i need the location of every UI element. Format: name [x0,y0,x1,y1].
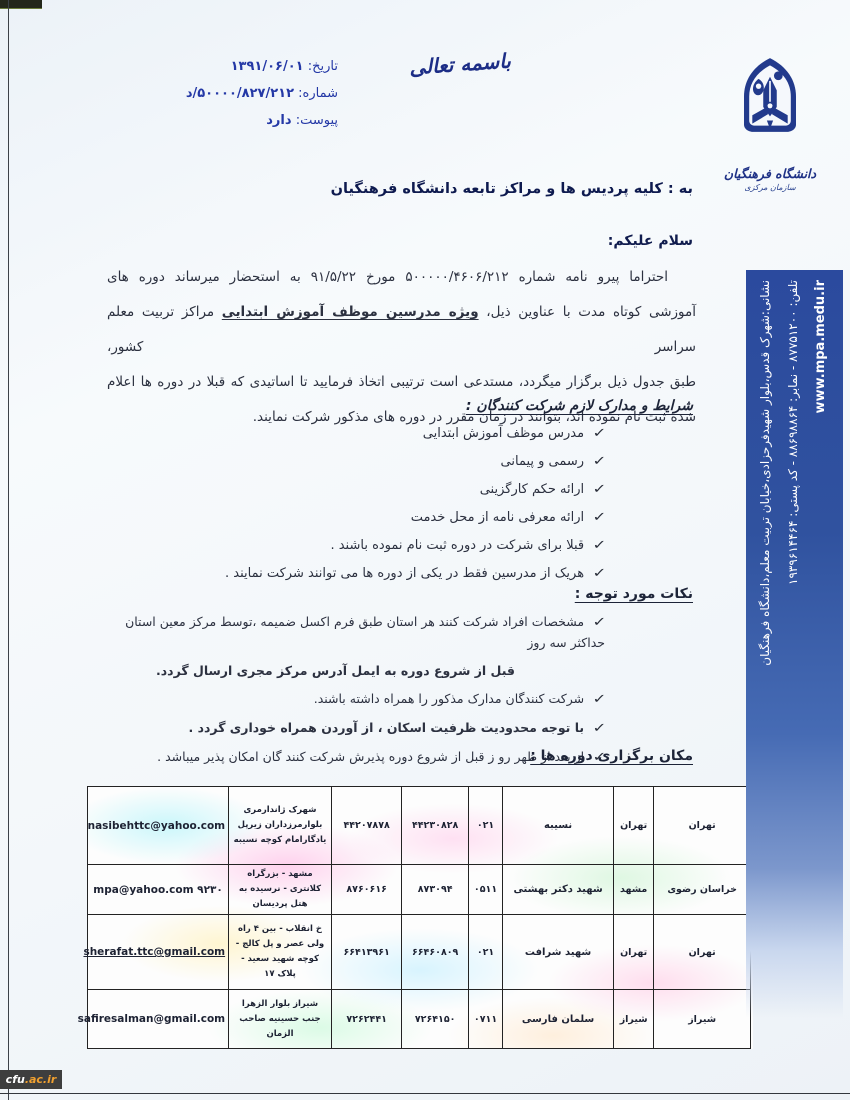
center-cell: شهید دکتر بهشتی [503,865,614,915]
attachment-line: پیوست: دارد [140,107,338,134]
number-value: ۵۰۰۰۰/۸۲۷/۲۱۲/د [186,86,294,101]
check-icon: ✓ [592,508,606,527]
body-line-2: آموزشی کوتاه مدت با عناوین ذیل، ویژه مدر… [107,295,696,365]
note-item-continuation: قبل از شروع دوره به ایمل آدرس مرکز مجری … [120,661,693,681]
fax-cell: ۶۶۴۱۳۹۶۱ [331,915,402,990]
check-icon: ✓ [592,480,606,499]
scanned-letter-page: تاریخ: ۱۳۹۱/۰۶/۰۱ شماره: ۵۰۰۰۰/۸۲۷/۲۱۲/د… [0,0,850,1100]
requirements-title: شرایط و مدارک لازم شرکت کنندگان : [150,398,693,414]
center-cell: نسیبه [503,787,614,865]
phone-cell: ۷۲۶۴۱۵۰ [402,990,469,1049]
requirement-item: ✓ارائه معرفی نامه از محل خدمت [120,508,693,527]
note-item: ✓مشخصات افراد شرکت کنند هر استان طبق فرم… [120,612,693,653]
date-line: تاریخ: ۱۳۹۱/۰۶/۰۱ [140,53,338,80]
phone-cell: ۸۷۳۰۹۴ [402,865,469,915]
recipient-line: به : کلیه پردیس ها و مراکز تابعه دانشگاه… [150,181,693,197]
check-icon: ✓ [592,564,606,583]
university-logo-block: دانشگاه فرهنگیان سازمان مرکزی [722,56,818,192]
requirement-item: ✓قبلا برای شرکت در دوره ثبت نام نموده با… [120,536,693,555]
fax-cell: ۷۲۶۲۴۴۱ [331,990,402,1049]
check-icon: ✓ [592,536,606,555]
date-value: ۱۳۹۱/۰۶/۰۱ [231,59,304,74]
note-text: با توجه محدودیت ظرفیت اسکان ، از آوردن ه… [188,720,584,735]
area-code-cell: ۰۷۱۱ [468,990,502,1049]
requirement-text: قبلا برای شرکت در دوره ثبت نام نموده باش… [330,538,584,553]
university-name: دانشگاه فرهنگیان [722,166,818,181]
left-margin-rule [8,0,9,1100]
check-icon: ✓ [592,452,606,471]
email-cell: mpa@yahoo.com ۹۲۳۰ [88,865,229,915]
phone-cell: ۴۴۲۳۰۸۲۸ [402,787,469,865]
university-emblem-icon [738,56,802,160]
area-code-cell: ۰۲۱ [468,915,502,990]
city-cell: مشهد [613,865,653,915]
requirement-item: ✓مدرس موظف آموزش ابتدایی [120,424,693,443]
fax-cell: ۴۴۲۰۷۸۷۸ [331,787,402,865]
besmele-calligraphy: باسمه تعالی [377,46,542,81]
address-sidebar-text: نشانی:شهرک قدس،بلوار شهیدفرحزادی،خیابان … [746,270,843,1010]
email-cell: nasibehttc@yahoo.com [88,787,229,865]
center-cell: سلمان فارسی [503,990,614,1049]
attachment-label: پیوست: [296,113,338,128]
sidebar-address-line: نشانی:شهرک قدس،بلوار شهیدفرحزادی،خیابان … [751,270,779,1010]
sidebar-website: www.mpa.medu.ir [807,270,835,1010]
body-line-3: طبق جدول ذیل برگزار میگردد، مستدعی است ت… [107,365,696,400]
province-cell: تهران [654,915,751,990]
venues-title: مکان برگزاری دوره ها : [150,748,693,764]
number-line: شماره: ۵۰۰۰۰/۸۲۷/۲۱۲/د [140,80,338,107]
center-cell: شهید شرافت [503,915,614,990]
check-icon: ✓ [592,719,606,739]
note-text: مشخصات افراد شرکت کنند هر استان طبق فرم … [125,614,605,650]
greeting-line: سلام علیکم: [150,233,693,249]
fax-cell: ۸۷۶۰۶۱۶ [331,865,402,915]
city-cell: تهران [613,787,653,865]
check-icon: ✓ [592,690,606,710]
letter-meta-block: تاریخ: ۱۳۹۱/۰۶/۰۱ شماره: ۵۰۰۰۰/۸۲۷/۲۱۲/د… [140,53,338,134]
sidebar-phone-line: تلفن: ۸۷۷۵۱۲۰۰ - نمابر: ۸۸۶۹۸۸۶۴ - کد پس… [779,270,807,1010]
address-cell: شهرک ژاندارمری بلوارمرزداران زیرپل یادگا… [229,787,332,865]
requirements-list: ✓مدرس موظف آموزش ابتدایی ✓رسمی و پیمانی … [120,424,693,592]
note-item: ✓شرکت کنندگان مدارک مذکور را همراه داشته… [120,689,693,710]
date-label: تاریخ: [308,59,338,74]
bottom-rule [0,1093,850,1094]
cfu-watermark-badge[interactable]: cfu.ac.ir [0,1070,62,1089]
province-cell: تهران [654,787,751,865]
address-sidebar-strip: نشانی:شهرک قدس،بلوار شهیدفرحزادی،خیابان … [746,270,843,1018]
check-icon: ✓ [592,424,606,443]
table-row: تهران تهران شهید شرافت ۰۲۱ ۶۶۴۶۰۸۰۹ ۶۶۴۱… [88,915,751,990]
check-icon: ✓ [592,613,606,633]
university-unit: سازمان مرکزی [722,183,818,192]
requirement-item: ✓هریک از مدرسین فقط در یکی از دوره ها می… [120,564,693,583]
note-item: ✓با توجه محدودیت ظرفیت اسکان ، از آوردن … [120,718,693,739]
requirement-item: ✓ارائه حکم کارگزینی [120,480,693,499]
attachment-value: دارد [266,113,291,128]
requirement-text: مدرس موظف آموزش ابتدایی [423,426,584,441]
venues-table-wrapper: تهران تهران نسیبه ۰۲۱ ۴۴۲۳۰۸۲۸ ۴۴۲۰۷۸۷۸ … [87,786,753,1049]
table-row: تهران تهران نسیبه ۰۲۱ ۴۴۲۳۰۸۲۸ ۴۴۲۰۷۸۷۸ … [88,787,751,865]
area-code-cell: ۰۲۱ [468,787,502,865]
city-cell: شیراز [613,990,653,1049]
note-text: شرکت کنندگان مدارک مذکور را همراه داشته … [314,691,584,706]
requirement-text: هریک از مدرسین فقط در یکی از دوره ها می … [225,566,584,581]
phone-cell: ۶۶۴۶۰۸۰۹ [402,915,469,990]
address-cell: شیراز بلوار الزهرا جنب حسینیه صاحب الزما… [229,990,332,1049]
cfu-prefix: cfu [6,1073,25,1086]
province-cell: شیراز [654,990,751,1049]
province-cell: خراسان رضوی [654,865,751,915]
cfu-suffix: .ac.ir [25,1073,57,1086]
email-link[interactable]: sherafat.ttc@gmail.com [88,915,229,990]
city-cell: تهران [613,915,653,990]
email-cell: safiresalman@gmail.com [88,990,229,1049]
address-cell: خ انقلاب - بین ۴ راه ولی عصر و پل کالج -… [229,915,332,990]
table-row: خراسان رضوی مشهد شهید دکتر بهشتی ۰۵۱۱ ۸۷… [88,865,751,915]
body-line-1: احتراما پیرو نامه شماره ۵۰۰۰۰۰/۴۶۰۶/۲۱۲ … [107,260,696,295]
table-row: شیراز شیراز سلمان فارسی ۰۷۱۱ ۷۲۶۴۱۵۰ ۷۲۶… [88,990,751,1049]
scan-corner-mark [0,0,42,9]
address-cell: مشهد - بزرگراه کلانتری - نرسیده به هتل پ… [229,865,332,915]
notes-title: نکات مورد توجه : [150,586,693,602]
requirement-text: ارائه حکم کارگزینی [480,482,584,497]
body-line-2-emphasis: ویژه مدرسین موظف آموزش ابتدایی [222,304,479,320]
venues-table: تهران تهران نسیبه ۰۲۱ ۴۴۲۳۰۸۲۸ ۴۴۲۰۷۸۷۸ … [87,786,751,1049]
number-label: شماره: [298,86,338,101]
area-code-cell: ۰۵۱۱ [468,865,502,915]
body-line-2-pre: آموزشی کوتاه مدت با عناوین ذیل، [479,304,696,320]
requirement-text: ارائه معرفی نامه از محل خدمت [411,510,584,525]
requirement-text: رسمی و پیمانی [501,454,585,469]
requirement-item: ✓رسمی و پیمانی [120,452,693,471]
